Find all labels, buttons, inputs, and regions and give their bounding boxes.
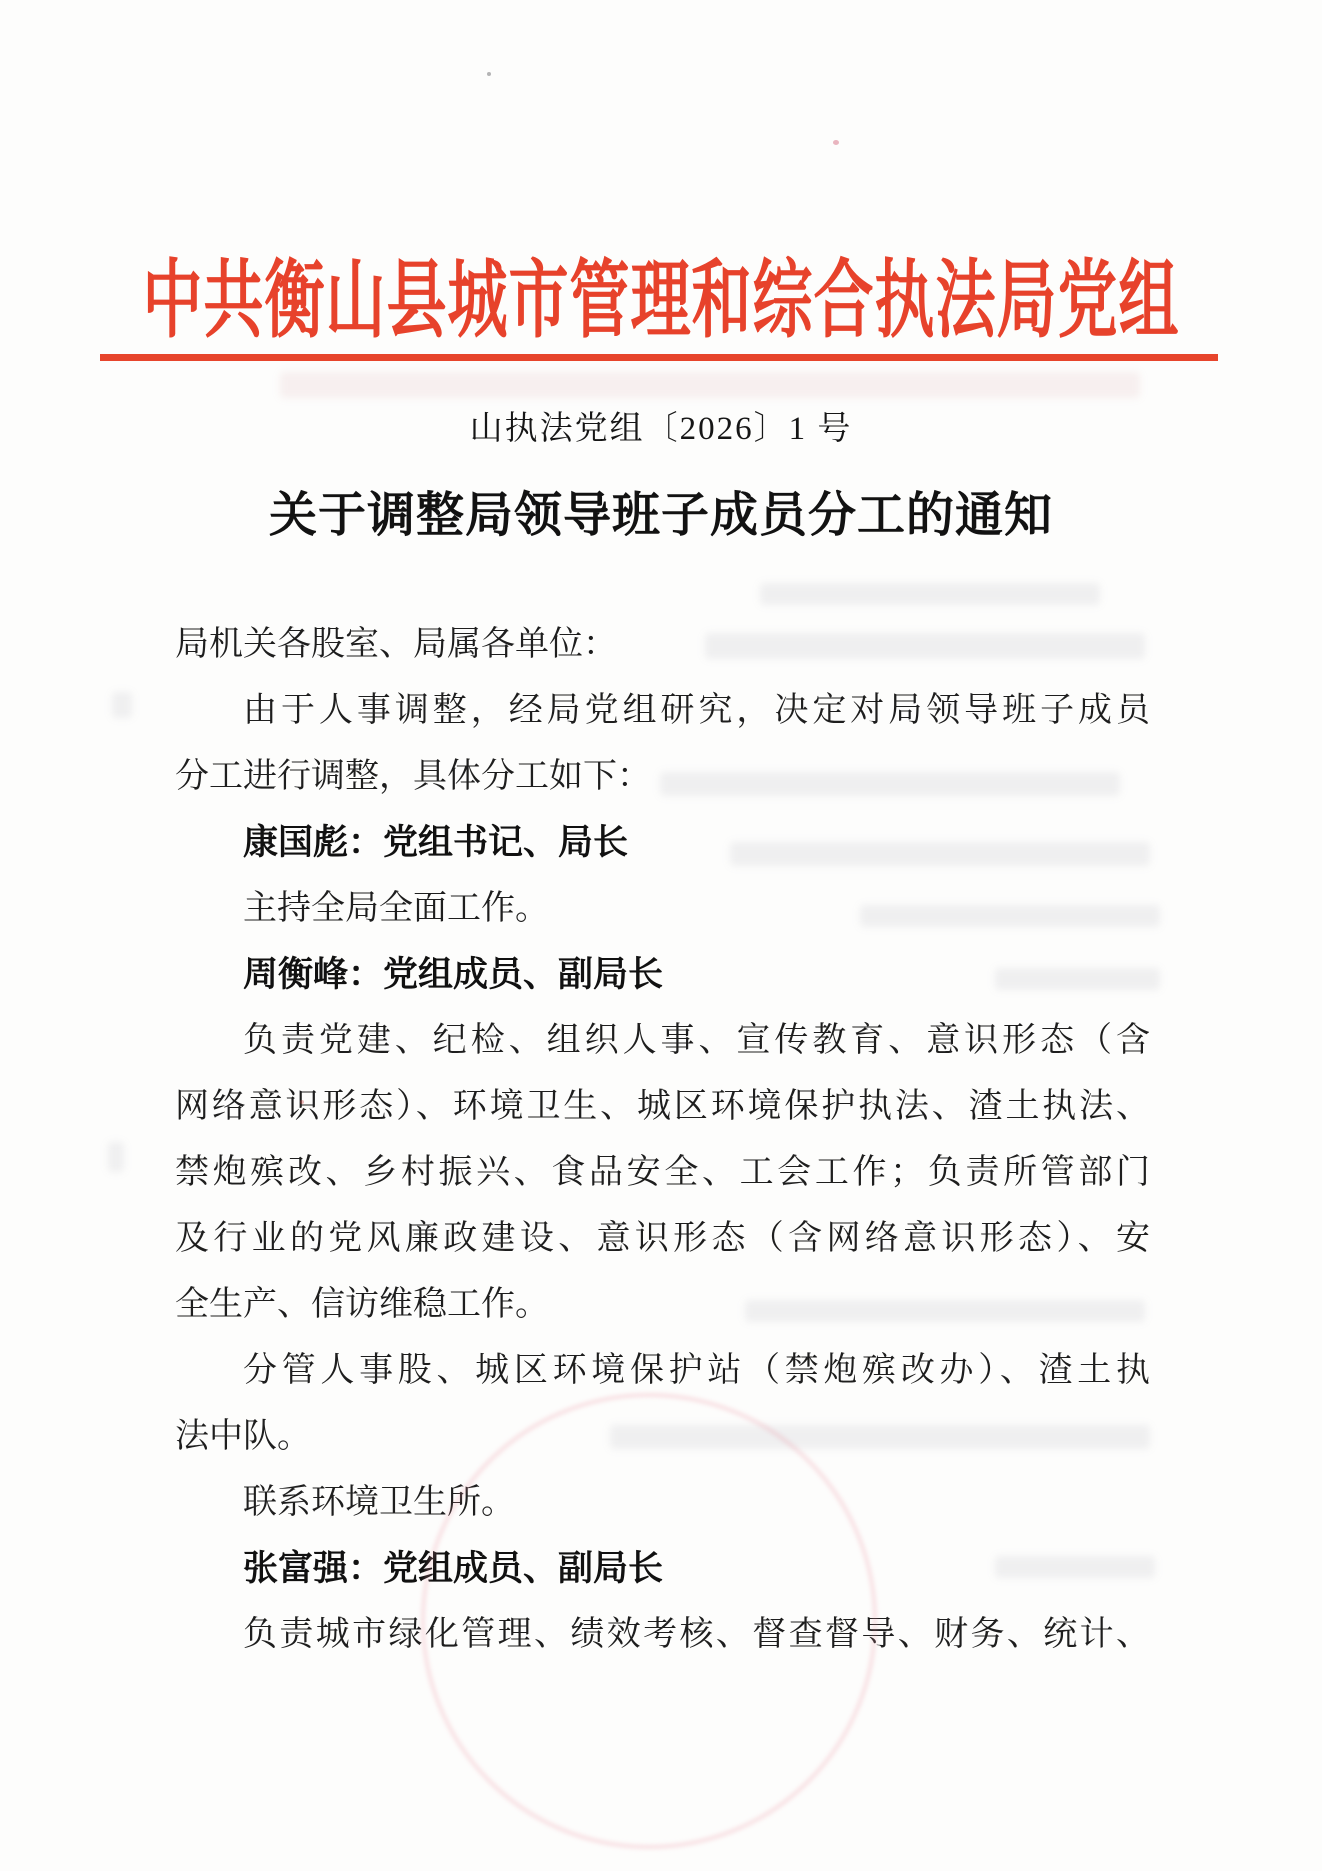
body-line: 全生产、信访维稳工作。 <box>175 1272 1150 1338</box>
body-line: 主持全局全面工作。 <box>175 876 1150 942</box>
bleed-through-artifact <box>280 372 1140 398</box>
body-line: 分管人事股、城区环境保护站（禁炮殡改办）、渣土执 <box>175 1338 1150 1404</box>
leader-heading: 康国彪：党组书记、局长 <box>175 810 1150 876</box>
scan-speck <box>833 140 839 145</box>
leader-heading: 张富强：党组成员、副局长 <box>175 1536 1150 1602</box>
document-body: 局机关各股室、局属各单位： 由于人事调整，经局党组研究，决定对局领导班子成员 分… <box>175 612 1150 1668</box>
body-line: 法中队。 <box>175 1404 1150 1470</box>
body-line: 网络意识形态）、环境卫生、城区环境保护执法、渣土执法、 <box>175 1074 1150 1140</box>
salutation-line: 局机关各股室、局属各单位： <box>175 612 1150 678</box>
leader-heading: 周衡峰：党组成员、副局长 <box>175 942 1150 1008</box>
body-line: 负责城市绿化管理、绩效考核、督查督导、财务、统计、 <box>175 1602 1150 1668</box>
bleed-through-artifact <box>760 583 1100 605</box>
body-line: 由于人事调整，经局党组研究，决定对局领导班子成员 <box>175 678 1150 744</box>
body-line: 分工进行调整，具体分工如下： <box>175 744 1150 810</box>
bleed-through-artifact <box>108 1142 124 1172</box>
scan-speck <box>487 72 491 76</box>
document-number: 山执法党组〔2026〕1 号 <box>0 402 1322 449</box>
body-line: 联系环境卫生所。 <box>175 1470 1150 1536</box>
document-title: 关于调整局领导班子成员分工的通知 <box>0 476 1322 545</box>
body-line: 负责党建、纪检、组织人事、宣传教育、意识形态（含 <box>175 1008 1150 1074</box>
body-line: 禁炮殡改、乡村振兴、食品安全、工会工作；负责所管部门 <box>175 1140 1150 1206</box>
body-line: 及行业的党风廉政建设、意识形态（含网络意识形态）、安 <box>175 1206 1150 1272</box>
bleed-through-artifact <box>112 692 132 718</box>
scanned-document-page: 中共衡山县城市管理和综合执法局党组 山执法党组〔2026〕1 号 关于调整局领导… <box>0 0 1322 1871</box>
issuer-header: 中共衡山县城市管理和综合执法局党组 <box>0 233 1322 355</box>
red-divider-rule <box>100 354 1218 361</box>
